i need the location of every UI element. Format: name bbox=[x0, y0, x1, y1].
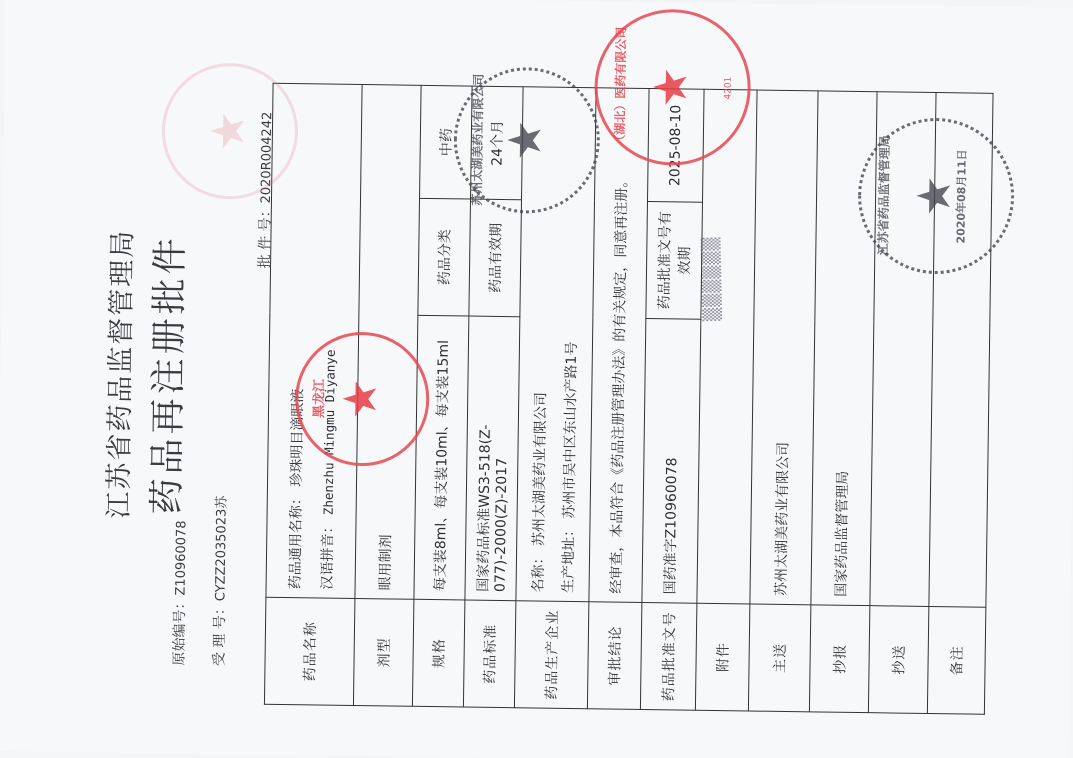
row-copy-to: 抄送 bbox=[868, 91, 936, 713]
standard-value: 国家药品标准WS3-518(Z-077)-2000(Z)-2017 bbox=[464, 316, 519, 601]
row-approval-number: 药品批准文号 国药准字Z10960078 药品批准文号有效期 2025-08-1… bbox=[640, 88, 704, 710]
acceptance-number: 受 理 号：CYZZ2035023苏 bbox=[208, 495, 230, 666]
value-drug-name: 药品通用名称： 珍珠明目滴眼液 汉语拼音： Zhenzhu Mingmu Diy… bbox=[265, 83, 361, 598]
dosage-form-value: 眼用制剂 bbox=[354, 84, 420, 599]
star-icon: ★ bbox=[204, 110, 251, 152]
copy-to-value bbox=[869, 91, 935, 606]
attachment-value bbox=[696, 89, 756, 604]
remarks-value bbox=[928, 92, 992, 607]
manufacturer-address: 苏州市吴中区东山水产路1号 bbox=[561, 341, 579, 518]
row-main-recipient: 主送 苏州太湖美药业有限公司 bbox=[748, 90, 818, 712]
approval-number-value: 国药准字Z10960078 bbox=[641, 318, 700, 603]
row-conclusion: 审批结论 经审查，本品符合《药品注册管理办法》的有关规定，同意再注册。 bbox=[587, 87, 649, 709]
validity-smudge-stamp: ▒▒▒▒▒▒ bbox=[700, 220, 722, 320]
row-attachment: 附件 bbox=[695, 89, 757, 711]
row-standard: 药品标准 国家药品标准WS3-518(Z-077)-2000(Z)-2017 药… bbox=[463, 86, 523, 708]
issuer-title: 江苏省药品监督管理局 bbox=[93, 0, 143, 752]
approval-validity-value: 2025-08-10 bbox=[647, 88, 704, 202]
report-to-value: 国家药品监督管理局 bbox=[810, 90, 876, 605]
shelf-life-value: 24个月 bbox=[470, 86, 523, 200]
main-recipient-value: 苏州太湖美药业有限公司 bbox=[749, 90, 817, 605]
manufacturer-name: 苏州太湖美药业有限公司 bbox=[531, 391, 549, 545]
label-drug-name: 药品名称 bbox=[264, 597, 354, 705]
approval-form-table: 药品名称 药品通用名称： 珍珠明目滴眼液 汉语拼音： Zhenzhu Mingm… bbox=[263, 82, 993, 714]
conclusion-value: 经审查，本品符合《药品注册管理办法》的有关规定，同意再注册。 bbox=[588, 87, 648, 602]
drug-category-value: 中药 bbox=[419, 85, 472, 199]
row-manufacturer: 药品生产企业 名称： 苏州太湖美药业有限公司 生产地址： 苏州市吴中区东山水产路… bbox=[514, 86, 596, 708]
row-dosage-form: 剂型 眼用制剂 bbox=[353, 84, 421, 706]
generic-name: 珍珠明目滴眼液 bbox=[288, 388, 305, 486]
row-specification: 规格 每支装8ml、每支装10ml、每支装15ml 药品分类 中药 bbox=[412, 85, 472, 707]
row-drug-name: 药品名称 药品通用名称： 珍珠明目滴眼液 汉语拼音： Zhenzhu Mingm… bbox=[264, 83, 362, 705]
row-remarks: 备注 bbox=[927, 92, 993, 714]
approval-document: 江苏省药品监督管理局 药品再注册批件 原始编号：Z10960078 受 理 号：… bbox=[0, 0, 1073, 758]
row-report-to: 抄报 国家药品监督管理局 bbox=[809, 90, 877, 712]
pinyin-name: Zhenzhu Mingmu Diyanye bbox=[320, 349, 337, 515]
specification-value: 每支装8ml、每支装10ml、每支装15ml bbox=[413, 315, 468, 600]
original-number: 原始编号：Z10960078 bbox=[168, 520, 190, 665]
